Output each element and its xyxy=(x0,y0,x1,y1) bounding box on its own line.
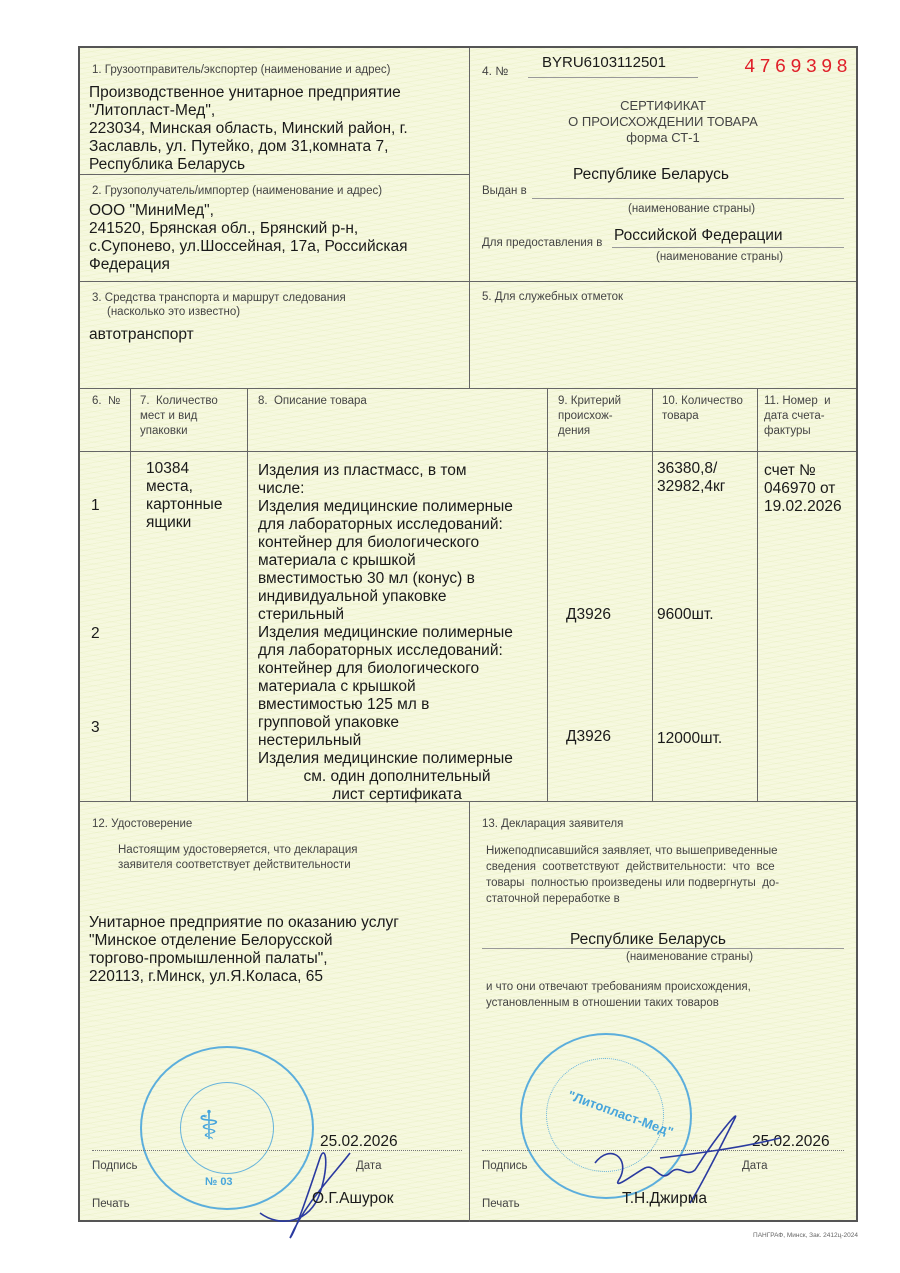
importer-block: ООО "МиниМед", 241520, Брянская обл., Бр… xyxy=(89,202,465,274)
issued-in-value: Республике Беларусь xyxy=(573,166,729,184)
divider xyxy=(80,174,470,175)
criterion-cell-2: Д3926 xyxy=(566,606,611,624)
importer-line: ООО "МиниМед", xyxy=(89,202,465,220)
col-divider xyxy=(247,388,248,801)
col-divider xyxy=(652,388,653,801)
row-number-1: 1 xyxy=(91,497,100,515)
destination-underline xyxy=(612,247,844,248)
divider xyxy=(80,281,856,282)
col-header-quantity: 10. Количество товара xyxy=(662,394,743,424)
stamp-number: № 03 xyxy=(205,1176,233,1188)
col-divider xyxy=(547,388,548,801)
destination-value: Российской Федерации xyxy=(614,227,783,245)
serial-number: 4769398 xyxy=(744,56,852,78)
box13-label: 13. Декларация заявителя xyxy=(482,818,623,830)
transport-value: автотранспорт xyxy=(89,326,194,344)
row-number-3: 3 xyxy=(91,719,100,737)
number-label: 4. № xyxy=(482,64,508,78)
origin-country-hint: (наименование страны) xyxy=(626,951,753,963)
seal-label: Печать xyxy=(482,1198,520,1210)
col-header-packages: 7. Количество мест и вид упаковки xyxy=(140,394,218,439)
title-line: О ПРОИСХОЖДЕНИИ ТОВАРА xyxy=(470,114,856,130)
title-line: СЕРТИФИКАТ xyxy=(470,98,856,114)
quantity-cell-2: 9600шт. xyxy=(657,606,714,624)
description-cell: Изделия из пластмасс, в том числе: Издел… xyxy=(258,462,513,768)
criterion-cell-3: Д3926 xyxy=(566,728,611,746)
exporter-block: Производственное унитарное предприятие "… xyxy=(89,84,465,174)
divider xyxy=(469,801,470,1222)
signature-label: Подпись xyxy=(482,1160,528,1172)
issued-in-label: Выдан в xyxy=(482,185,527,197)
importer-line: с.Супонево, ул.Шоссейная, 17а, Российска… xyxy=(89,238,465,256)
box2-label: 2. Грузополучатель/импортер (наименовани… xyxy=(92,185,382,197)
certificate-number: BYRU6103112501 xyxy=(542,54,666,72)
certificate-title: СЕРТИФИКАТ О ПРОИСХОЖДЕНИИ ТОВАРА форма … xyxy=(470,98,856,146)
certifier-name: О.Г.Ашурок xyxy=(312,1190,394,1208)
certifying-organization: Унитарное предприятие по оказанию услуг … xyxy=(89,914,399,986)
box13-statement2: и что они отвечают требованиям происхожд… xyxy=(486,979,751,1011)
box3-label: 3. Средства транспорта и маршрут следова… xyxy=(92,291,346,319)
declarant-name: Т.Н.Джирма xyxy=(622,1190,707,1208)
country-hint: (наименование страны) xyxy=(628,203,755,215)
col-divider xyxy=(757,388,758,801)
importer-line: Федерация xyxy=(89,256,465,274)
row-number-2: 2 xyxy=(91,625,100,643)
quantity-cell-3: 12000шт. xyxy=(657,730,722,748)
destination-label: Для предоставления в xyxy=(482,237,602,249)
form-name: форма СТ-1 xyxy=(470,130,856,146)
exporter-line: Заславль, ул. Путейко, дом 31,комната 7, xyxy=(89,138,465,156)
col-header-invoice: 11. Номер и дата счета- фактуры xyxy=(764,394,831,439)
total-weight-cell: 36380,8/ 32982,4кг xyxy=(657,460,725,496)
box5-label: 5. Для служебных отметок xyxy=(482,291,623,303)
packages-cell: 10384 места, картонные ящики xyxy=(146,460,222,532)
signature-icon xyxy=(250,1133,360,1243)
origin-country-underline xyxy=(482,948,844,949)
box12-statement: Настоящим удостоверяется, что декларация… xyxy=(118,843,357,873)
box1-label: 1. Грузоотправитель/экспортер (наименова… xyxy=(92,64,391,76)
printer-imprint: ПАНГРАФ, Минск, Зак. 2412ц-2024 xyxy=(753,1232,858,1239)
col-header-criterion: 9. Критерий происхож- дения xyxy=(558,394,621,439)
number-underline xyxy=(528,77,698,78)
issued-in-underline xyxy=(532,198,844,199)
exporter-line: 223034, Минская область, Минский район, … xyxy=(89,120,465,138)
importer-line: 241520, Брянская обл., Брянский р-н, xyxy=(89,220,465,238)
continuation-note: см. один дополнительный лист сертификата xyxy=(250,768,544,804)
origin-country: Республике Беларусь xyxy=(570,931,726,949)
divider xyxy=(80,451,856,452)
box3-label-line: (насколько это известно) xyxy=(92,305,346,319)
exporter-line: Республика Беларусь xyxy=(89,156,465,174)
signature-label: Подпись xyxy=(92,1160,138,1172)
col-header-description: 8. Описание товара xyxy=(258,394,367,409)
destination-hint: (наименование страны) xyxy=(656,251,783,263)
invoice-cell: счет № 046970 от 19.02.2026 xyxy=(764,462,842,516)
exporter-line: Производственное унитарное предприятие xyxy=(89,84,465,102)
box12-label: 12. Удостоверение xyxy=(92,818,192,830)
exporter-line: "Литопласт-Мед", xyxy=(89,102,465,120)
certificate-form: 1. Грузоотправитель/экспортер (наименова… xyxy=(78,46,858,1222)
seal-label: Печать xyxy=(92,1198,130,1210)
col-header-number: 6. № xyxy=(92,394,120,409)
divider xyxy=(80,388,856,389)
box3-label-line: 3. Средства транспорта и маршрут следова… xyxy=(92,291,346,305)
caduceus-icon: ⚕ xyxy=(198,1103,220,1149)
col-divider xyxy=(130,388,131,801)
box13-statement: Нижеподписавшийся заявляет, что вышеприв… xyxy=(486,843,779,907)
